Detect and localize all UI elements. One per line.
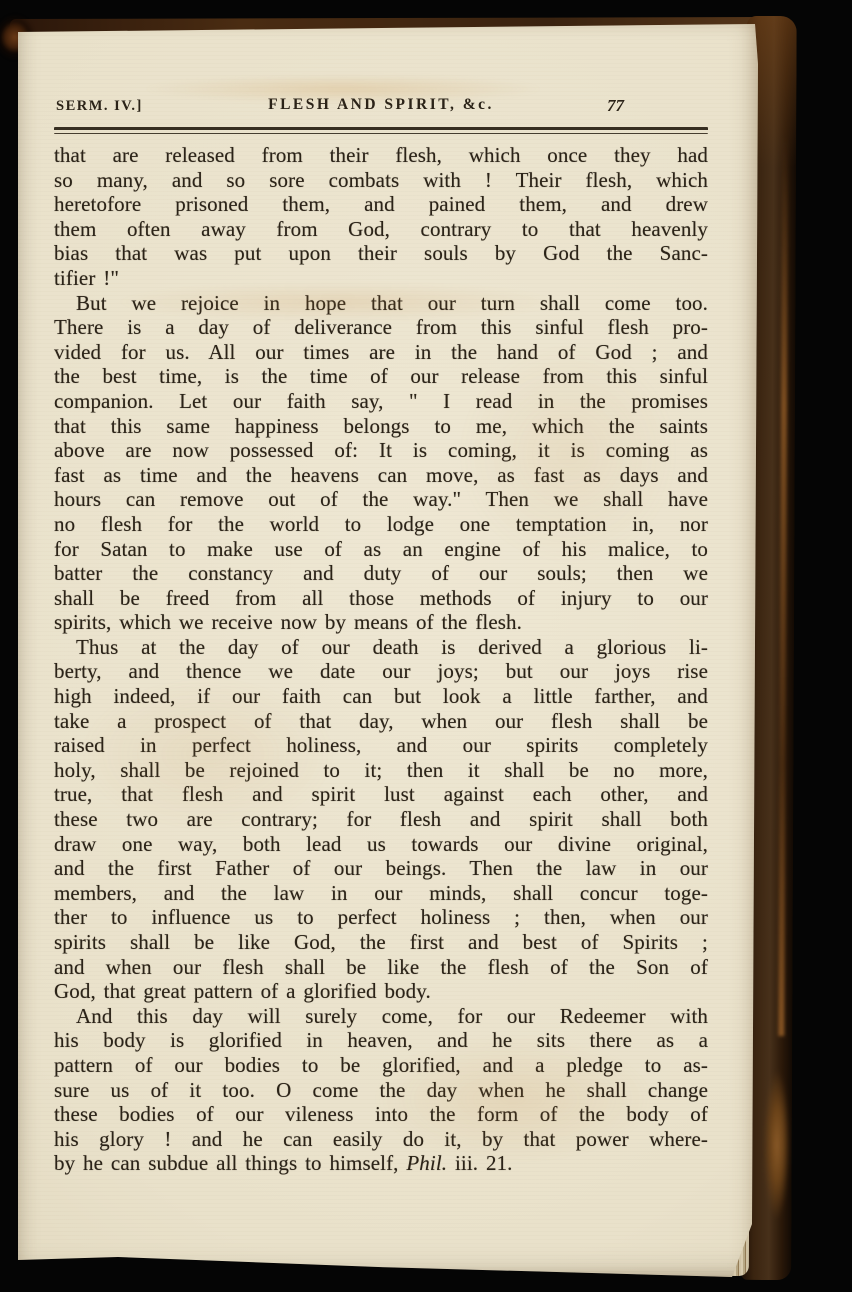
- paragraph: And this day will surely come, for our R…: [54, 1004, 708, 1176]
- text-line: and when our flesh shall be like the fle…: [54, 955, 708, 980]
- text-line: But we rejoice in hope that our turn sha…: [54, 291, 708, 316]
- scanned-book-photo: SERM. IV.] FLESH AND SPIRIT, &c. 77 that…: [0, 0, 852, 1292]
- text-line: the best time, is the time of our releas…: [54, 364, 708, 389]
- header-title: FLESH AND SPIRIT, &c.: [268, 96, 494, 114]
- text-line: pattern of our bodies to be glorified, a…: [54, 1053, 708, 1078]
- text-line: companion. Let our faith say, " I read i…: [54, 389, 708, 414]
- text-segment: iii. 21.: [447, 1151, 512, 1175]
- text-line: God, that great pattern of a glorified b…: [54, 979, 708, 1004]
- book-page: SERM. IV.] FLESH AND SPIRIT, &c. 77 that…: [18, 24, 760, 1280]
- text-line: high indeed, if our faith can but look a…: [54, 684, 708, 709]
- text-line: them often away from God, contrary to th…: [54, 217, 708, 242]
- text-line: batter the constancy and duty of our sou…: [54, 561, 708, 586]
- text-line: fast as time and the heavens can move, a…: [54, 463, 708, 488]
- text-line: and the first Father of our beings. Then…: [54, 856, 708, 881]
- text-line: spirits, which we receive now by means o…: [54, 610, 708, 635]
- text-line: vided for us. All our times are in the h…: [54, 340, 708, 365]
- running-header: SERM. IV.] FLESH AND SPIRIT, &c. 77: [54, 96, 708, 120]
- text-line: members, and the law in our minds, shall…: [54, 881, 708, 906]
- text-line: tifier !": [54, 266, 708, 291]
- text-line: that are released from their flesh, whic…: [54, 143, 708, 168]
- text-line: Thus at the day of our death is derived …: [54, 635, 708, 660]
- text-line: shall be freed from all those methods of…: [54, 586, 708, 611]
- paragraph: Thus at the day of our death is derived …: [54, 635, 708, 1004]
- text-line: true, that flesh and spirit lust against…: [54, 782, 708, 807]
- paragraph: that are released from their flesh, whic…: [54, 143, 708, 291]
- text-segment: by he can subdue all things to himself,: [54, 1151, 406, 1175]
- text-line: these bodies of our vileness into the fo…: [54, 1102, 708, 1127]
- text-line: for Satan to make use of as an engine of…: [54, 537, 708, 562]
- text-line: by he can subdue all things to himself, …: [54, 1151, 708, 1176]
- text-line: draw one way, both lead us towards our d…: [54, 832, 708, 857]
- scripture-reference: Phil.: [406, 1151, 447, 1175]
- text-line: take a prospect of that day, when our fl…: [54, 709, 708, 734]
- text-line: above are now possessed of: It is coming…: [54, 438, 708, 463]
- page-number: 77: [607, 96, 624, 116]
- text-line: these two are contrary; for flesh and sp…: [54, 807, 708, 832]
- text-line: raised in perfect holiness, and our spir…: [54, 733, 708, 758]
- text-line: hours can remove out of the way." Then w…: [54, 487, 708, 512]
- text-line: And this day will surely come, for our R…: [54, 1004, 708, 1029]
- text-line: that this same happiness belongs to me, …: [54, 414, 708, 439]
- text-line: his body is glorified in heaven, and he …: [54, 1028, 708, 1053]
- text-line: no flesh for the world to lodge one temp…: [54, 512, 708, 537]
- text-line: There is a day of deliverance from this …: [54, 315, 708, 340]
- text-line: heretofore prisoned them, and pained the…: [54, 192, 708, 217]
- header-sermon-label: SERM. IV.]: [56, 98, 143, 115]
- text-line: his glory ! and he can easily do it, by …: [54, 1127, 708, 1152]
- text-line: spirits shall be like God, the first and…: [54, 930, 708, 955]
- text-line: so many, and so sore combats with ! Thei…: [54, 168, 708, 193]
- paragraph: But we rejoice in hope that our turn sha…: [54, 291, 708, 635]
- text-block: that are released from their flesh, whic…: [54, 143, 708, 1176]
- header-rule: [54, 127, 708, 134]
- text-line: berty, and thence we date our joys; but …: [54, 659, 708, 684]
- text-line: bias that was put upon their souls by Go…: [54, 241, 708, 266]
- text-line: holy, shall be rejoined to it; then it s…: [54, 758, 708, 783]
- text-line: ther to influence us to perfect holiness…: [54, 905, 708, 930]
- text-line: sure us of it too. O come the day when h…: [54, 1078, 708, 1103]
